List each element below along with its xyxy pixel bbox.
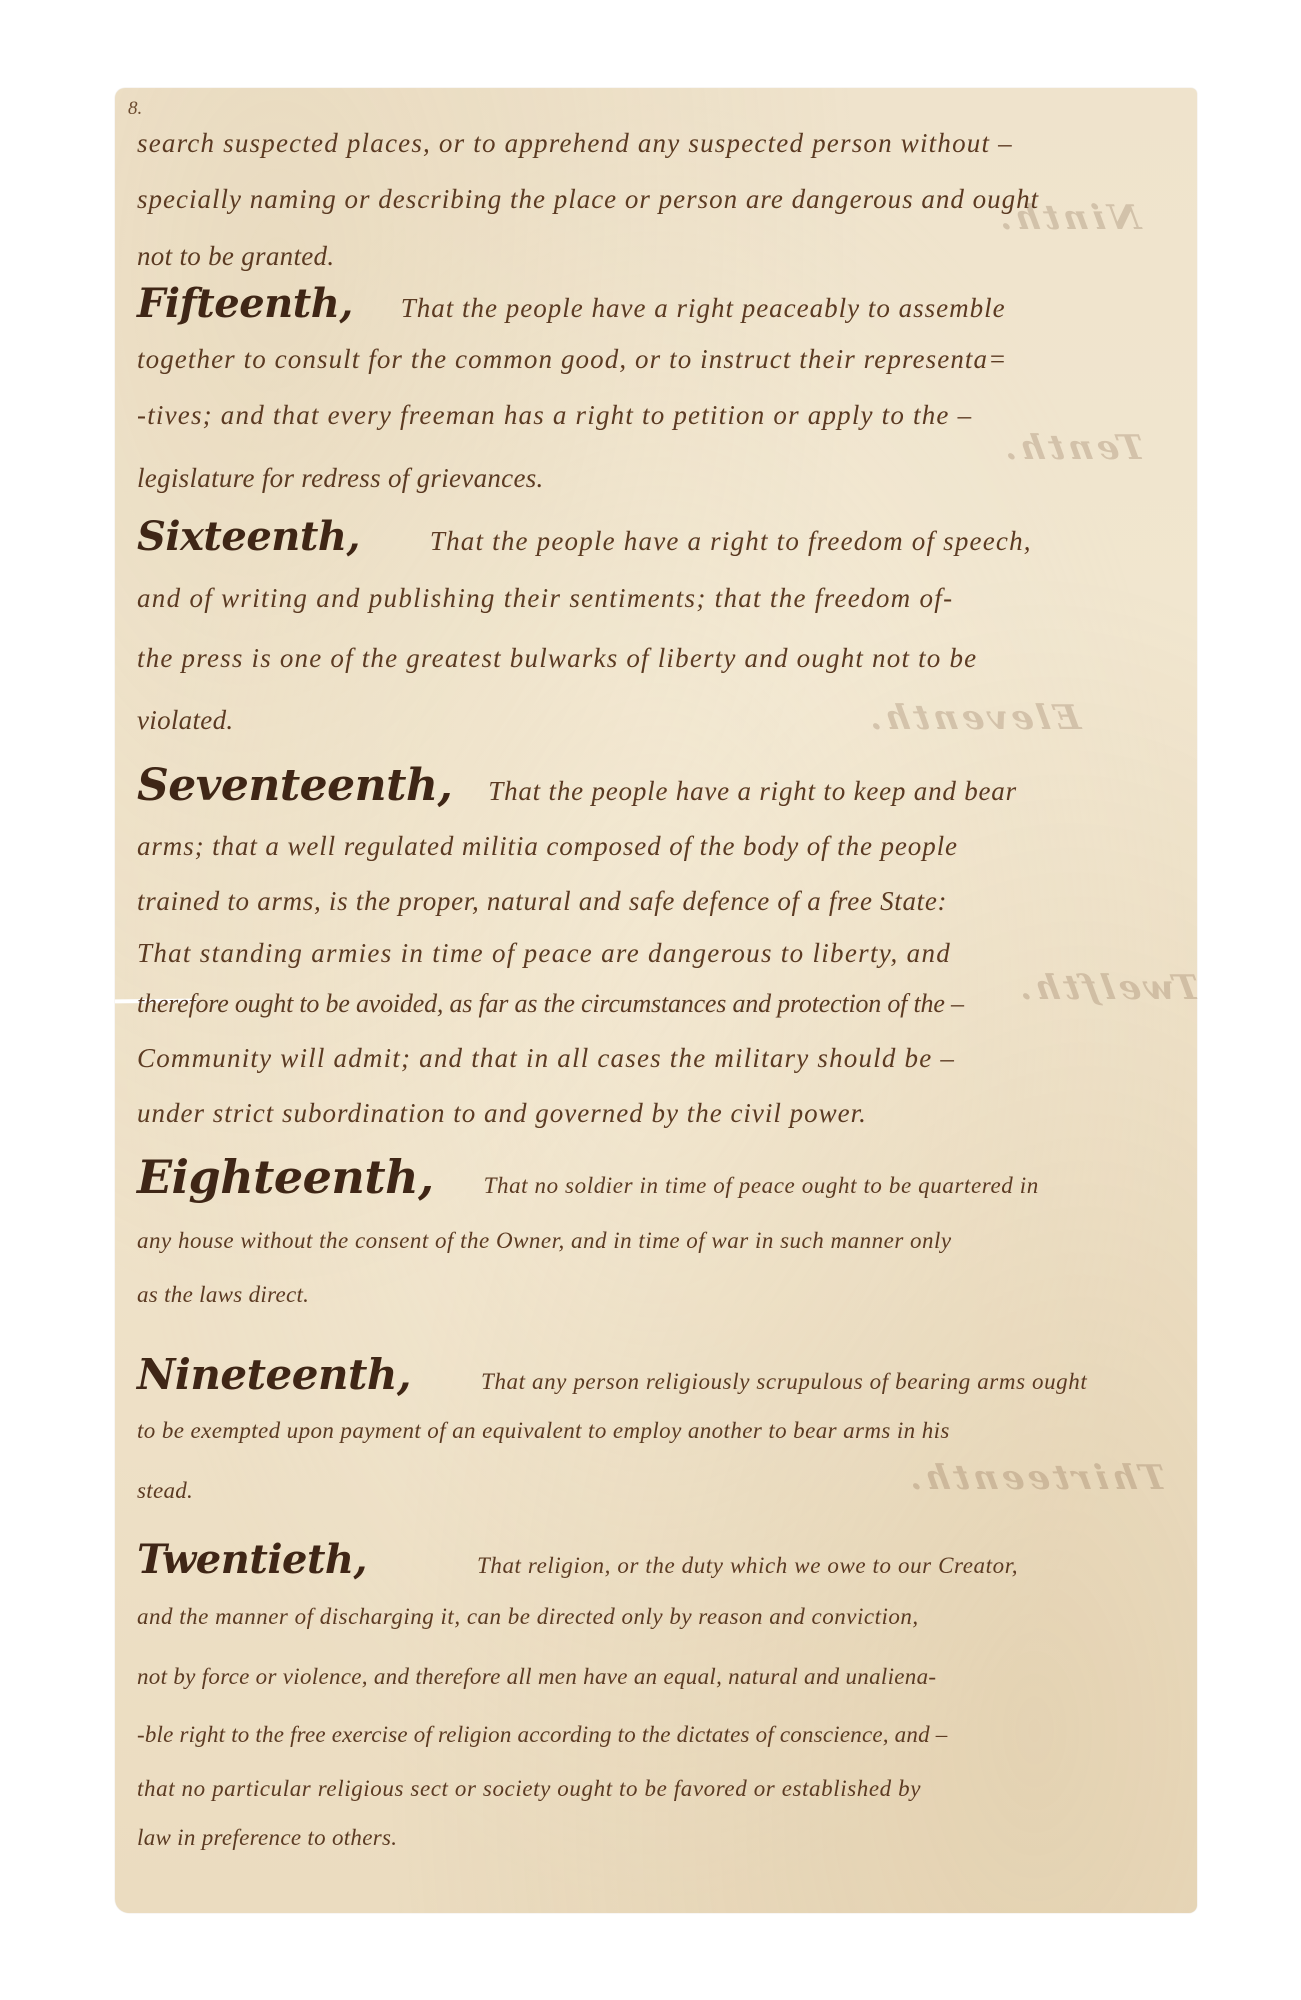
text-line: under strict subordination to and govern… xyxy=(137,1098,867,1129)
article-first-line: That religion, or the duty which we owe … xyxy=(477,1553,1018,1578)
bleed-through-heading: Tenth. xyxy=(996,428,1147,468)
text-line: as the laws direct. xyxy=(137,1282,309,1308)
article-twentieth: Twentieth,That religion, or the duty whi… xyxy=(137,1536,1018,1583)
article-eighteenth: Eighteenth,That no soldier in time of pe… xyxy=(137,1150,1039,1204)
article-first-line: That the people have a right to keep and… xyxy=(488,776,1017,806)
text-line: and the manner of discharging it, can be… xyxy=(137,1604,919,1630)
text-line: any house without the consent of the Own… xyxy=(137,1228,952,1254)
article-first-line: That no soldier in time of peace ought t… xyxy=(484,1173,1039,1198)
text-line: stead. xyxy=(137,1478,193,1504)
text-line: and of writing and publishing their sent… xyxy=(137,583,953,614)
text-line: to be exempted upon payment of an equiva… xyxy=(137,1418,950,1444)
article-first-line: That the people have a right peaceably t… xyxy=(401,293,1006,323)
text-line: Community will admit; and that in all ca… xyxy=(137,1043,955,1074)
text-line: not by force or violence, and therefore … xyxy=(137,1664,936,1690)
article-heading: Seventeenth, xyxy=(137,760,452,811)
text-line: That standing armies in time of peace ar… xyxy=(137,938,951,969)
article-sixteenth: Sixteenth,That the people have a right t… xyxy=(137,513,1032,560)
article-nineteenth: Nineteenth,That any person religiously s… xyxy=(137,1350,1087,1399)
article-first-line: That any person religiously scrupulous o… xyxy=(481,1369,1087,1394)
text-line: specially naming or describing the place… xyxy=(137,184,1039,215)
text-line: trained to arms, is the proper, natural … xyxy=(137,886,947,917)
article-seventeenth: Seventeenth,That the people have a right… xyxy=(137,760,1017,811)
text-line: together to consult for the common good,… xyxy=(137,344,1007,375)
bleed-through-heading: Twelfth. xyxy=(1011,968,1202,1008)
article-first-line: That the people have a right to freedom … xyxy=(430,526,1032,556)
text-line: therefore ought to be avoided, as far as… xyxy=(137,989,964,1019)
bleed-through-heading: Eleventh. xyxy=(861,698,1083,738)
text-line: -ble right to the free exercise of relig… xyxy=(137,1722,947,1748)
text-line: law in preference to others. xyxy=(137,1825,397,1851)
text-line: that no particular religious sect or soc… xyxy=(137,1776,921,1802)
article-heading: Nineteenth, xyxy=(137,1350,411,1399)
article-fifteenth: Fifteenth,That the people have a right p… xyxy=(137,280,1006,327)
text-line: arms; that a well regulated militia comp… xyxy=(137,831,958,862)
bleed-through-heading: Thirteenth. xyxy=(901,1458,1169,1498)
page-number: 8. xyxy=(128,98,142,120)
text-line: -tives; and that every freeman has a rig… xyxy=(137,400,972,431)
text-line: legislature for redress of grievances. xyxy=(137,463,544,494)
article-heading: Eighteenth, xyxy=(137,1150,434,1204)
article-heading: Sixteenth, xyxy=(137,513,360,560)
text-line: violated. xyxy=(137,705,233,736)
text-line: the press is one of the greatest bulwark… xyxy=(137,643,977,674)
text-line: not to be granted. xyxy=(137,241,334,272)
article-heading: Twentieth, xyxy=(137,1536,367,1583)
article-heading: Fifteenth, xyxy=(137,280,353,327)
text-line: search suspected places, or to apprehend… xyxy=(137,128,1013,159)
manuscript-page: Ninth. Tenth. Eleventh. Twelfth. Thirtee… xyxy=(115,88,1197,1913)
